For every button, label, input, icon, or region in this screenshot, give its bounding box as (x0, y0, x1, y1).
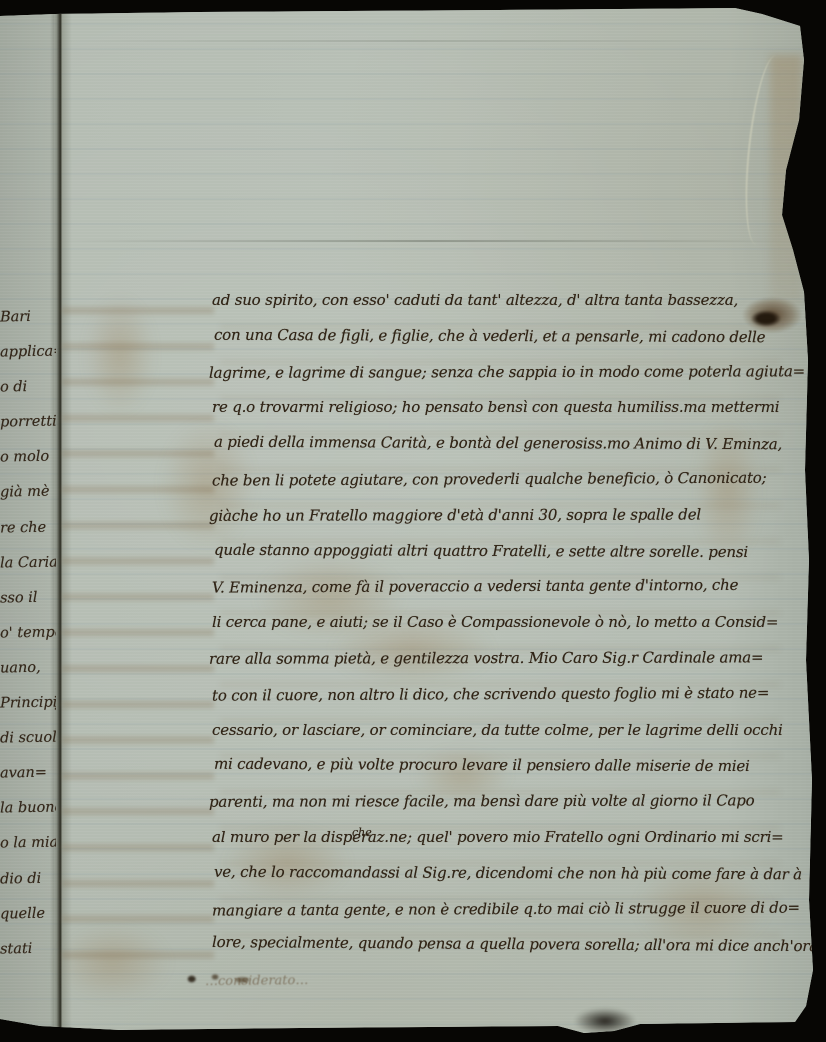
manuscript-line: mangiare a tanta gente, e non è credibil… (212, 890, 802, 929)
left-page-line-fragment: la Caria (0, 545, 56, 581)
left-page-line-fragment: applica= (0, 335, 56, 371)
letter-body: ad suo spirito, con esso' caduti da tant… (212, 283, 802, 963)
left-page-line-fragment: Bari (0, 300, 56, 336)
manuscript-line: lagrime, e lagrime di sangue; senza che … (209, 354, 799, 391)
left-page-line-fragment: re che (0, 510, 56, 546)
manuscript-line: con una Casa de figli, e figlie, che à v… (214, 318, 804, 356)
left-page-line-fragment: quelle (0, 896, 56, 932)
interlinear-insertion: che (352, 826, 372, 839)
manuscript-line: a piedi della immensa Carità, e bontà de… (214, 425, 804, 463)
manuscript-line: quale stanno appoggiati altri quattro Fr… (214, 532, 804, 570)
ink-smudge (574, 1008, 636, 1034)
manuscript-line: giàche ho un Fratello maggiore d'età d'a… (209, 497, 799, 534)
left-page-line-fragment: stati (0, 931, 56, 967)
manuscript-line: ad suo spirito, con esso' caduti da tant… (212, 283, 802, 319)
paper-sheet: Bariapplica=o diporrettio mologià mère c… (0, 0, 826, 1042)
left-page-text-fragments: Bariapplica=o diporrettio mologià mère c… (0, 300, 56, 967)
left-page-line-fragment: sso il (0, 580, 56, 616)
showthrough-text: …considerato… (205, 970, 635, 990)
manuscript-line: ve, che lo raccomandassi al Sig.re, dice… (214, 854, 804, 892)
manuscript-line: mi cadevano, e più volte procuro levare … (214, 747, 804, 785)
left-page-line-fragment: o' tempo, (0, 615, 56, 651)
left-page-line-fragment: già mè (0, 475, 56, 511)
manuscript-line: cessario, or lasciare, or cominciare, da… (212, 713, 802, 749)
manuscript-line: che ben li potete agiutare, con proveder… (212, 460, 802, 499)
manuscript-line: lore, specialmente, quando pensa a quell… (212, 925, 802, 965)
showthrough-ghost-marks (62, 288, 214, 978)
left-page-line-fragment: la buone (0, 791, 56, 827)
left-page-line-fragment: dio di (0, 861, 56, 897)
manuscript-line: rare alla somma pietà, e gentilezza vost… (209, 640, 799, 677)
left-page-line-fragment: Principij, (0, 686, 56, 722)
left-page-line-fragment: di scuola (0, 721, 56, 757)
manuscript-scan: Bariapplica=o diporrettio mologià mère c… (0, 0, 826, 1042)
manuscript-line: parenti, ma non mi riesce facile, ma ben… (209, 783, 799, 820)
left-page-line-fragment: o la mia (0, 826, 56, 862)
paper-crease (55, 240, 803, 242)
manuscript-line: re q.o trovarmi religioso; ho pensato be… (212, 390, 802, 426)
left-page-line-fragment: uano, (0, 650, 56, 686)
manuscript-line: al muro per la disperaz.ne; quel' povero… (212, 820, 802, 856)
left-page-line-fragment: porretti (0, 405, 56, 441)
left-page-line-fragment: avan= (0, 756, 56, 792)
left-page-line-fragment: o molo (0, 440, 56, 476)
manuscript-line: li cerca pane, e aiuti; se il Caso è Com… (212, 605, 802, 641)
manuscript-line: to con il cuore, non altro li dico, che … (212, 675, 802, 714)
manuscript-line: V. Eminenza, come fà il poveraccio a ved… (212, 568, 802, 607)
left-page-line-fragment: o di (0, 370, 56, 406)
paper-crease (60, 40, 760, 42)
